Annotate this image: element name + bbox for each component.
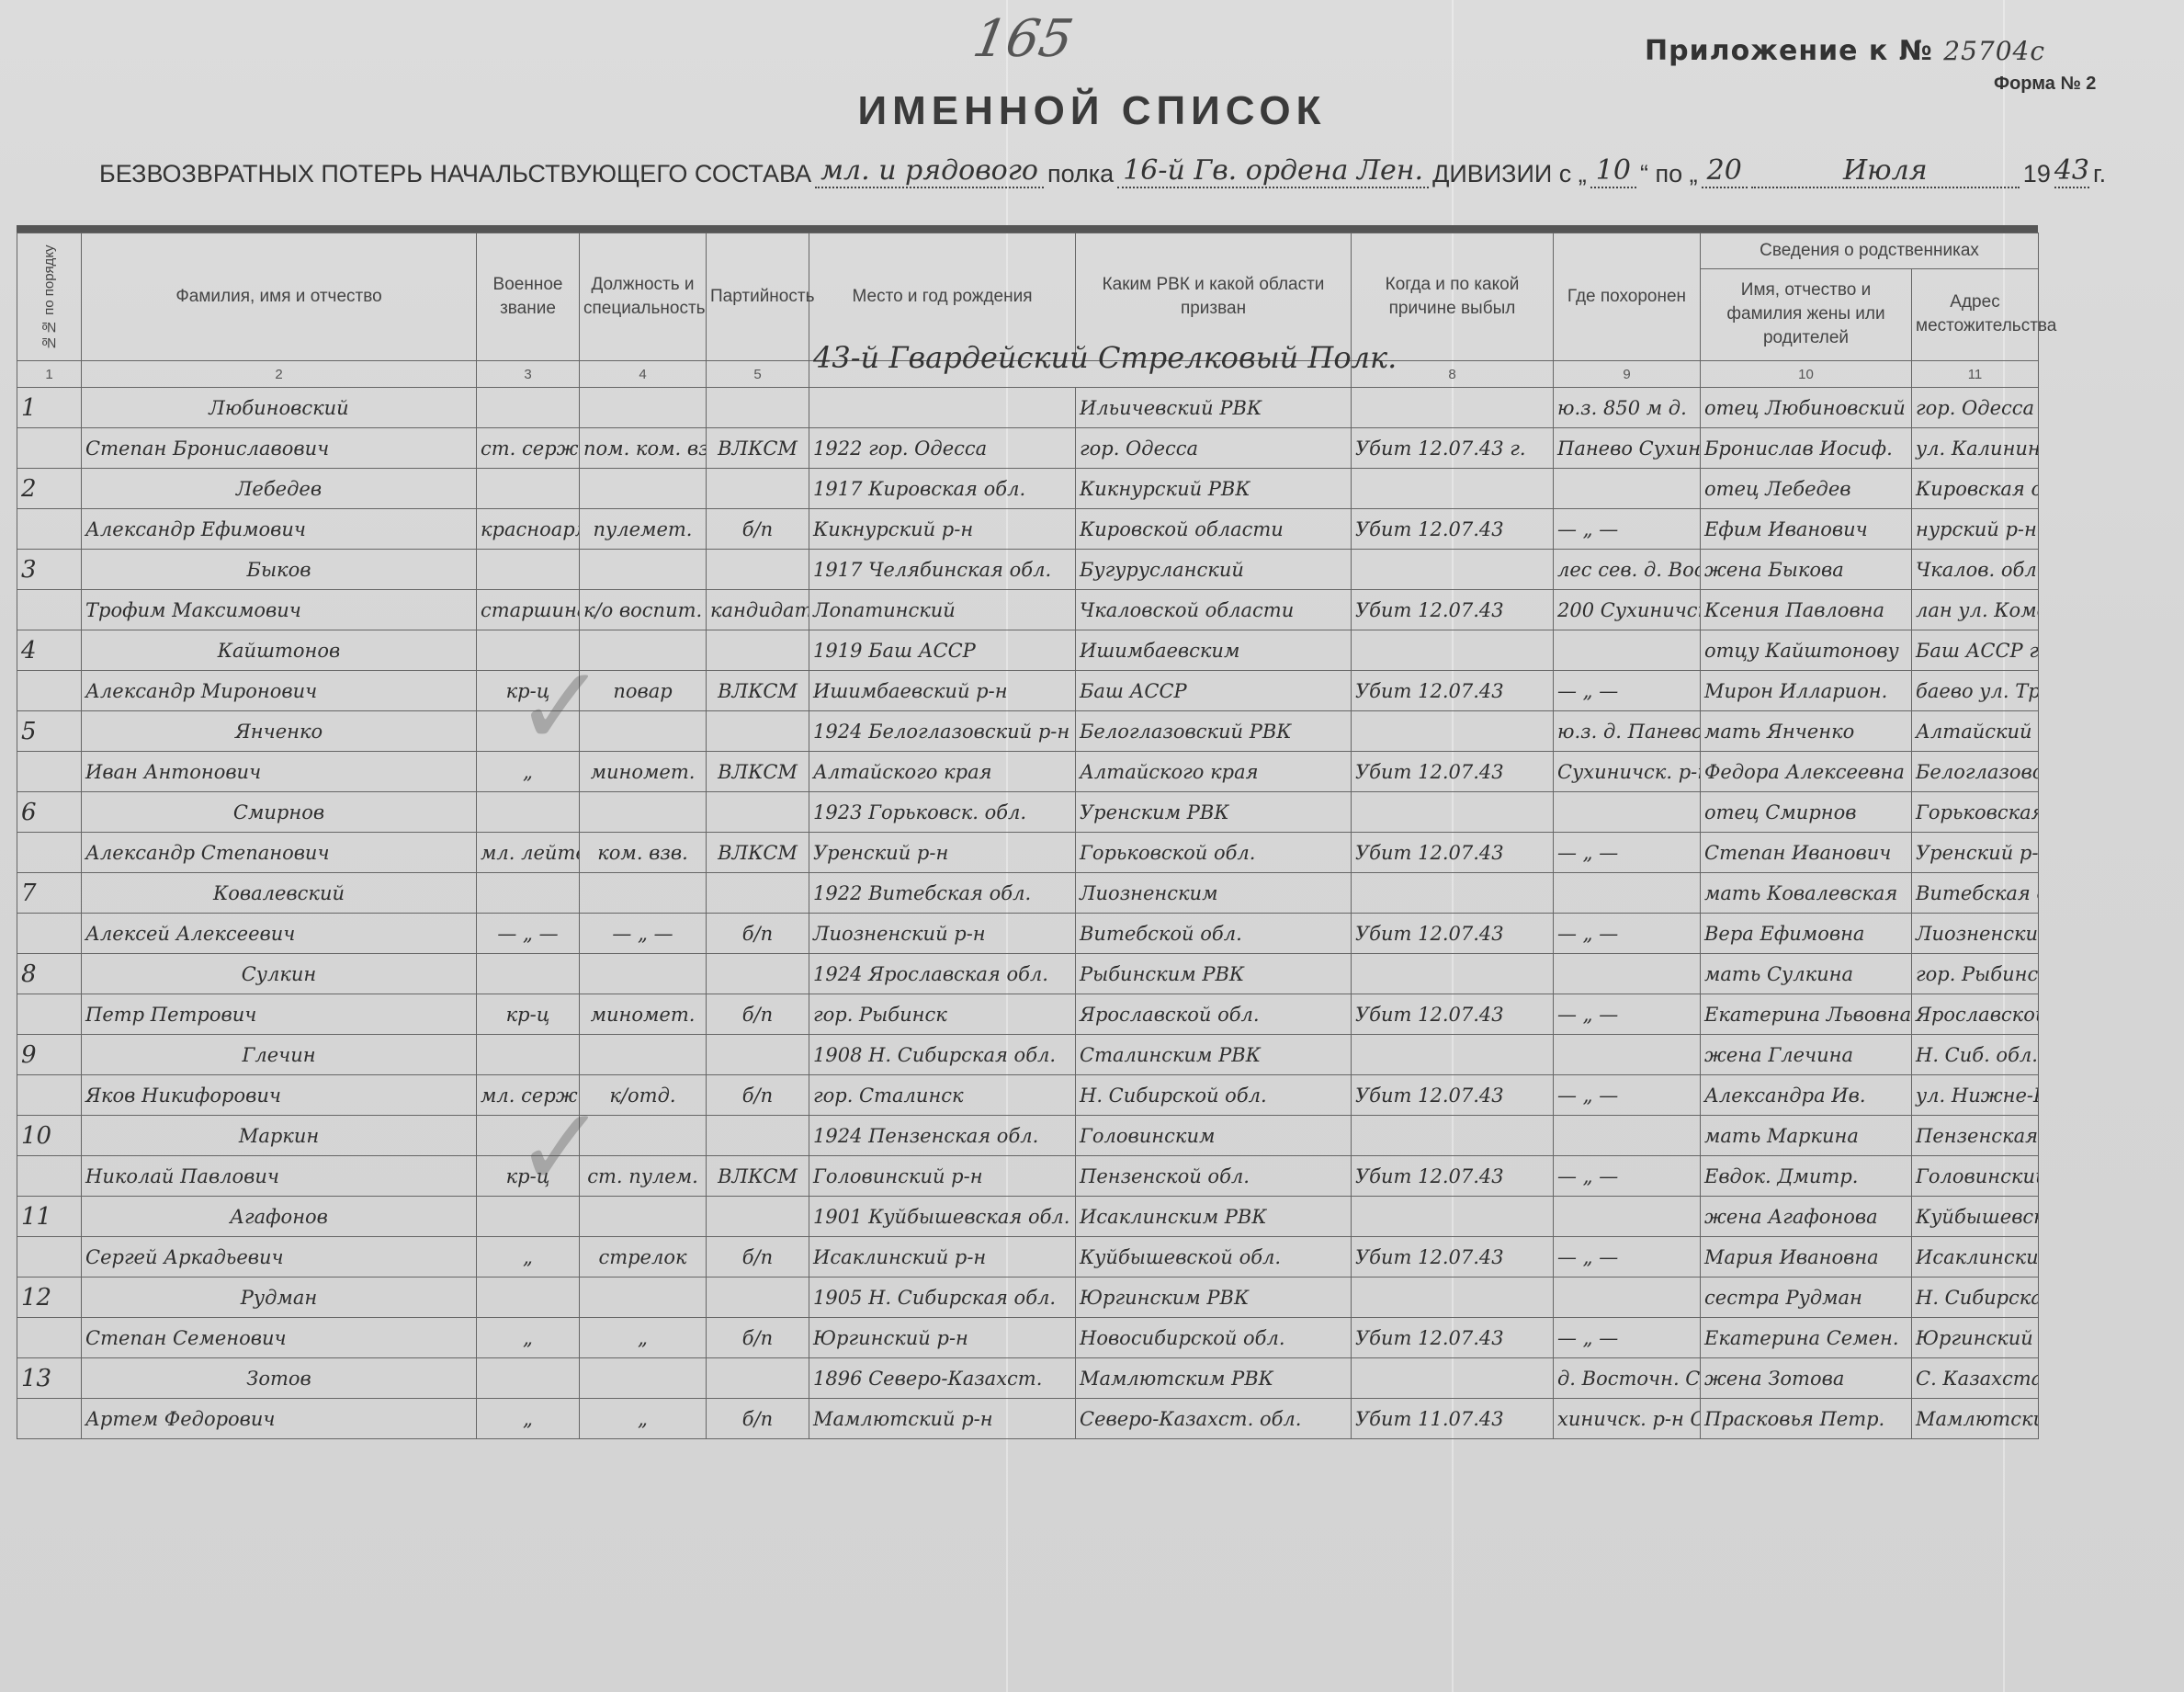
staff-category: мл. и рядового [815, 154, 1044, 188]
row-number-empty [17, 833, 82, 873]
header-row: №№ по порядку Фамилия, имя и отчество Во… [17, 233, 2039, 269]
rvk-region: Новосибирской обл. [1076, 1318, 1352, 1358]
relative-name: жена Зотова [1701, 1358, 1912, 1399]
address-detail: Ярославской обл. ул. Крестьянская № 11 [1912, 994, 2039, 1035]
date-and-cause: Убит 12.07.43 [1352, 1156, 1554, 1197]
col-header-relatives: Сведения о родственниках [1701, 233, 2039, 269]
when-empty [1352, 1116, 1554, 1156]
given-name-patronymic: Александр Миронович [82, 671, 477, 711]
when-empty [1352, 630, 1554, 671]
surname: Быков [82, 550, 477, 590]
party-empty [707, 954, 809, 994]
relative-name-detail: Екатерина Львовна [1701, 994, 1912, 1035]
row-number: 8 [17, 954, 82, 994]
address: Чкалов. обл. г. Бугурус- [1912, 550, 2039, 590]
date-and-cause: Убит 12.07.43 [1352, 994, 1554, 1035]
when-empty [1352, 1278, 1554, 1318]
birth-year-place: 1919 Баш АССР [809, 630, 1076, 671]
rvk-region: Чкаловской области [1076, 590, 1352, 630]
party-membership: ВЛКСМ [707, 671, 809, 711]
subtitle-prefix: БЕЗВОЗВРАТНЫХ ПОТЕРЬ НАЧАЛЬСТВУЮЩЕГО СОС… [99, 160, 811, 188]
rvk: Ишимбаевским [1076, 630, 1352, 671]
relative-name-detail: Евдок. Дмитр. [1701, 1156, 1912, 1197]
party-membership: б/п [707, 1237, 809, 1278]
document-page: 165 Приложение к № 25704с Форма № 2 ИМЕН… [0, 0, 2184, 1692]
row-number: 11 [17, 1197, 82, 1237]
table-row: Трофим Максимовичстаршинак/о воспит.канд… [17, 590, 2039, 630]
col-num: 2 [82, 361, 477, 388]
rvk-region: гор. Одесса [1076, 428, 1352, 469]
military-rank: кр-ц [477, 994, 580, 1035]
row-number-empty [17, 1318, 82, 1358]
table-row: 9Глечин1908 Н. Сибирская обл.Сталинским … [17, 1035, 2039, 1075]
col-num: 9 [1554, 361, 1701, 388]
row-number: 3 [17, 550, 82, 590]
party-empty [707, 1278, 809, 1318]
table-row: Александр Ефимовичкрасноарм.пулемет.б/пК… [17, 509, 2039, 550]
relative-name: сестра Рудман [1701, 1278, 1912, 1318]
relative-name-detail: Степан Иванович [1701, 833, 1912, 873]
address: Горьковская обл. [1912, 792, 2039, 833]
rvk: Бугурусланский [1076, 550, 1352, 590]
row-number: 9 [17, 1035, 82, 1075]
appendix-stamp: Приложение к № 25704с [1645, 35, 2045, 67]
row-number: 6 [17, 792, 82, 833]
burial-place-detail: — „ — [1554, 833, 1701, 873]
table-row: Алексей Алексеевич— „ —— „ —б/пЛиозненск… [17, 914, 2039, 954]
date-and-cause: Убит 12.07.43 [1352, 1318, 1554, 1358]
address-detail: баево ул. Трудовая № 4 [1912, 671, 2039, 711]
party-membership: б/п [707, 1075, 809, 1116]
position: ком. взв. [580, 833, 707, 873]
row-number: 7 [17, 873, 82, 914]
given-name-patronymic: Алексей Алексеевич [82, 914, 477, 954]
date-and-cause: Убит 12.07.43 [1352, 509, 1554, 550]
relative-name: жена Агафонова [1701, 1197, 1912, 1237]
military-rank: красноарм. [477, 509, 580, 550]
rank-empty [477, 1278, 580, 1318]
burial-place-detail: — „ — [1554, 914, 1701, 954]
col-header-address: Адрес местожительства [1912, 268, 2039, 360]
col-num: 3 [477, 361, 580, 388]
birth-year-place: 1917 Челябинская обл. [809, 550, 1076, 590]
address-detail: нурский р-н Усачев. с/с д. Оленино [1912, 509, 2039, 550]
birth-place: гор. Рыбинск [809, 994, 1076, 1035]
rvk: Уренским РВК [1076, 792, 1352, 833]
rvk: Сталинским РВК [1076, 1035, 1352, 1075]
row-number-empty [17, 752, 82, 792]
rvk-region: Пензенской обл. [1076, 1156, 1352, 1197]
relative-name-detail: Вера Ефимовна [1701, 914, 1912, 954]
position-empty [580, 1358, 707, 1399]
rvk-region: Н. Сибирской обл. [1076, 1075, 1352, 1116]
surname: Сулкин [82, 954, 477, 994]
losses-table: №№ по порядку Фамилия, имя и отчество Во… [17, 233, 2038, 1439]
party-membership: б/п [707, 994, 809, 1035]
row-number-empty [17, 1156, 82, 1197]
col-header-party: Партийность [707, 233, 809, 361]
when-empty [1352, 873, 1554, 914]
surname: Зотов [82, 1358, 477, 1399]
relative-name: жена Быкова [1701, 550, 1912, 590]
birth-year-place: 1924 Белоглазовский р-н [809, 711, 1076, 752]
rvk-region: Северо-Казахст. обл. [1076, 1399, 1352, 1439]
date-and-cause: Убит 12.07.43 [1352, 914, 1554, 954]
date-and-cause: Убит 12.07.43 [1352, 1237, 1554, 1278]
row-number: 12 [17, 1278, 82, 1318]
table-row: Александр Мироновичкр-цповарВЛКСМИшимбае… [17, 671, 2039, 711]
col-header-rank: Военное звание [477, 233, 580, 361]
row-number-empty [17, 671, 82, 711]
row-number: 5 [17, 711, 82, 752]
relative-name: мать Сулкина [1701, 954, 1912, 994]
row-number-empty [17, 590, 82, 630]
address: гор. Рыбинск [1912, 954, 2039, 994]
position-empty [580, 469, 707, 509]
relative-name-detail: Мария Ивановна [1701, 1237, 1912, 1278]
subtitle-po: “ по „ [1640, 160, 1698, 188]
burial-place [1554, 630, 1701, 671]
relative-name: отцу Кайштонову [1701, 630, 1912, 671]
party-empty [707, 873, 809, 914]
military-rank: „ [477, 1237, 580, 1278]
address-detail: Головинский р-н д. Ивановка [1912, 1156, 2039, 1197]
party-membership: ВЛКСМ [707, 752, 809, 792]
table-row: Степан Брониславовичст. серж.пом. ком. в… [17, 428, 2039, 469]
when-empty [1352, 711, 1554, 752]
position-empty [580, 873, 707, 914]
rank-empty [477, 1358, 580, 1399]
table-row: 11Агафонов1901 Куйбышевская обл.Исаклинс… [17, 1197, 2039, 1237]
year-suffix: 43 [2054, 154, 2089, 188]
relative-name-detail: Ефим Иванович [1701, 509, 1912, 550]
address-detail: лан ул. Комсомольская № 66 [1912, 590, 2039, 630]
birth-year-place: 1922 Витебская обл. [809, 873, 1076, 914]
row-number-empty [17, 1075, 82, 1116]
date-and-cause: Убит 11.07.43 [1352, 1399, 1554, 1439]
birth-place: 1922 гор. Одесса [809, 428, 1076, 469]
address: Н. Сибирская обл. [1912, 1278, 2039, 1318]
table-row: Артем Федорович„„б/пМамлютский р-нСеверо… [17, 1399, 2039, 1439]
relative-name: мать Ковалевская [1701, 873, 1912, 914]
given-name-patronymic: Петр Петрович [82, 994, 477, 1035]
rvk: Рыбинским РВК [1076, 954, 1352, 994]
subtitle-division: ДИВИЗИИ с „ [1432, 160, 1587, 188]
birth-year-place [809, 388, 1076, 428]
surname: Ковалевский [82, 873, 477, 914]
relative-name-detail: Мирон Илларион. [1701, 671, 1912, 711]
rank-empty [477, 469, 580, 509]
birth-place: Исаклинский р-н [809, 1237, 1076, 1278]
date-and-cause: Убит 12.07.43 г. [1352, 428, 1554, 469]
birth-year-place: 1908 Н. Сибирская обл. [809, 1035, 1076, 1075]
row-number-empty [17, 994, 82, 1035]
address-detail: Юргинский р-н д. Милютино [1912, 1318, 2039, 1358]
rank-empty [477, 792, 580, 833]
table-row: 10Маркин1924 Пензенская обл.Головинскимм… [17, 1116, 2039, 1156]
table-row: 8Сулкин1924 Ярославская обл.Рыбинским РВ… [17, 954, 2039, 994]
party-empty [707, 1197, 809, 1237]
burial-place [1554, 792, 1701, 833]
military-rank: „ [477, 1318, 580, 1358]
burial-place-detail: — „ — [1554, 994, 1701, 1035]
burial-place-detail: — „ — [1554, 671, 1701, 711]
row-number-empty [17, 1237, 82, 1278]
position: миномет. [580, 994, 707, 1035]
burial-place-detail: 200 Сухиничск. Смоленск. обл. [1554, 590, 1701, 630]
rvk-region: Куйбышевской обл. [1076, 1237, 1352, 1278]
address: Кировская обл. Кик- [1912, 469, 2039, 509]
address: Алтайский край [1912, 711, 2039, 752]
party-empty [707, 711, 809, 752]
burial-place [1554, 954, 1701, 994]
birth-place: Алтайского края [809, 752, 1076, 792]
date-and-cause: Убит 12.07.43 [1352, 590, 1554, 630]
birth-place: гор. Сталинск [809, 1075, 1076, 1116]
address: гор. Одесса [1912, 388, 2039, 428]
party-membership: ВЛКСМ [707, 833, 809, 873]
burial-place-detail: — „ — [1554, 1318, 1701, 1358]
burial-place: ю.з. 850 м д. [1554, 388, 1701, 428]
military-rank: „ [477, 1399, 580, 1439]
col-num: 11 [1912, 361, 2039, 388]
position-empty [580, 388, 707, 428]
col-header-position: Должность и специальность [580, 233, 707, 361]
party-membership: ВЛКСМ [707, 428, 809, 469]
date-and-cause: Убит 12.07.43 [1352, 752, 1554, 792]
position-empty [580, 792, 707, 833]
birth-place: Уренский р-н [809, 833, 1076, 873]
burial-place [1554, 1278, 1701, 1318]
position: „ [580, 1399, 707, 1439]
rvk-region: Горьковской обл. [1076, 833, 1352, 873]
birth-place: Лиозненский р-н [809, 914, 1076, 954]
rvk-region: Баш АССР [1076, 671, 1352, 711]
burial-place-detail: — „ — [1554, 1237, 1701, 1278]
relative-name-detail: Бронислав Иосиф. [1701, 428, 1912, 469]
position: стрелок [580, 1237, 707, 1278]
party-membership: б/п [707, 1399, 809, 1439]
burial-place-detail: — „ — [1554, 509, 1701, 550]
when-empty [1352, 1035, 1554, 1075]
party-empty [707, 388, 809, 428]
rvk: Лиозненским [1076, 873, 1352, 914]
given-name-patronymic: Николай Павлович [82, 1156, 477, 1197]
rank-empty [477, 954, 580, 994]
surname: Кайштонов [82, 630, 477, 671]
party-membership: б/п [707, 914, 809, 954]
row-number: 1 [17, 388, 82, 428]
burial-place-detail: хиничск. р-н Смолен. обл. [1554, 1399, 1701, 1439]
military-rank: мл. лейтен. [477, 833, 580, 873]
surname: Глечин [82, 1035, 477, 1075]
table-row: 12Рудман1905 Н. Сибирская обл.Юргинским … [17, 1278, 2039, 1318]
position: пом. ком. вз. [580, 428, 707, 469]
table-row: Сергей Аркадьевич„стрелокб/пИсаклинский … [17, 1237, 2039, 1278]
rvk: Кикнурский РВК [1076, 469, 1352, 509]
rvk-region: Алтайского края [1076, 752, 1352, 792]
when-empty [1352, 1197, 1554, 1237]
given-name-patronymic: Александр Степанович [82, 833, 477, 873]
given-name-patronymic: Сергей Аркадьевич [82, 1237, 477, 1278]
party-empty [707, 1035, 809, 1075]
party-membership: кандидат ВКП(б) [707, 590, 809, 630]
burial-place-detail: — „ — [1554, 1075, 1701, 1116]
rvk: Юргинским РВК [1076, 1278, 1352, 1318]
position-empty [580, 1035, 707, 1075]
party-empty [707, 1358, 809, 1399]
relative-name: мать Маркина [1701, 1116, 1912, 1156]
col-header-relative-name: Имя, отчество и фамилия жены или родител… [1701, 268, 1912, 360]
checkmark-icon: ✓ [515, 643, 607, 771]
handwritten-page-number: 165 [968, 9, 1077, 69]
party-empty [707, 550, 809, 590]
burial-place [1554, 1197, 1701, 1237]
col-header-buried: Где похоронен [1554, 233, 1701, 361]
birth-year-place: 1923 Горьковск. обл. [809, 792, 1076, 833]
burial-place-detail: Сухиничск. р-н Смоленск. обл. [1554, 752, 1701, 792]
table-row: Иван Антонович„миномет.ВЛКСМАлтайского к… [17, 752, 2039, 792]
address-detail: ул. Калинина 24 [1912, 428, 2039, 469]
birth-place: Юргинский р-н [809, 1318, 1076, 1358]
rvk: Белоглазовский РВК [1076, 711, 1352, 752]
table-row: 5Янченко1924 Белоглазовский р-нБелоглазо… [17, 711, 2039, 752]
rank-empty [477, 388, 580, 428]
relative-name-detail: Ксения Павловна [1701, 590, 1912, 630]
birth-place: Кикнурский р-н [809, 509, 1076, 550]
given-name-patronymic: Иван Антонович [82, 752, 477, 792]
burial-place: лес сев. д. Вост. [1554, 550, 1701, 590]
checkmark-icon: ✓ [515, 1084, 607, 1212]
address: Баш АССР г. Ишим- [1912, 630, 2039, 671]
document-subtitle: БЕЗВОЗВРАТНЫХ ПОТЕРЬ НАЧАЛЬСТВУЮЩЕГО СОС… [99, 154, 2106, 188]
regiment-note: 43-й Гвардейский Стрелковый Полк. [813, 340, 1397, 375]
col-header-name: Фамилия, имя и отчество [82, 233, 477, 361]
table-row: Николай Павловичкр-цст. пулем.ВЛКСМГолов… [17, 1156, 2039, 1197]
birth-year-place: 1905 Н. Сибирская обл. [809, 1278, 1076, 1318]
row-number: 10 [17, 1116, 82, 1156]
address-detail: Мамлютский р-н дер. Калужино [1912, 1399, 2039, 1439]
table-row: 1ЛюбиновскийИльичевский РВКю.з. 850 м д.… [17, 388, 2039, 428]
rvk: Исаклинским РВК [1076, 1197, 1352, 1237]
date-and-cause: Убит 12.07.43 [1352, 833, 1554, 873]
relative-name-detail: Екатерина Семен. [1701, 1318, 1912, 1358]
birth-place: Головинский р-н [809, 1156, 1076, 1197]
when-empty [1352, 469, 1554, 509]
address-detail: Белоглазовский р-н с. Кузнечихино [1912, 752, 2039, 792]
burial-place [1554, 873, 1701, 914]
row-number-empty [17, 428, 82, 469]
table-row: Александр Степановичмл. лейтен.ком. взв.… [17, 833, 2039, 873]
given-name-patronymic: Артем Федорович [82, 1399, 477, 1439]
burial-place: ю.з. д. Панево 850 м [1554, 711, 1701, 752]
party-membership: б/п [707, 509, 809, 550]
birth-place: Мамлютский р-н [809, 1399, 1076, 1439]
position: — „ — [580, 914, 707, 954]
table-row: 13Зотов1896 Северо-Казахст.Мамлютским РВ… [17, 1358, 2039, 1399]
relative-name: жена Глечина [1701, 1035, 1912, 1075]
party-empty [707, 792, 809, 833]
given-name-patronymic: Яков Никифорович [82, 1075, 477, 1116]
party-empty [707, 1116, 809, 1156]
col-num: 1 [17, 361, 82, 388]
rvk-region: Ярославской обл. [1076, 994, 1352, 1035]
relative-name-detail: Федора Алексеевна [1701, 752, 1912, 792]
surname: Смирнов [82, 792, 477, 833]
given-name-patronymic: Степан Семенович [82, 1318, 477, 1358]
rank-empty [477, 550, 580, 590]
date-and-cause: Убит 12.07.43 [1352, 671, 1554, 711]
when-empty [1352, 792, 1554, 833]
relative-name: отец Любиновский [1701, 388, 1912, 428]
row-number-empty [17, 1399, 82, 1439]
when-empty [1352, 954, 1554, 994]
document-title: ИМЕННОЙ СПИСОК [0, 88, 2184, 134]
appendix-number: 25704с [1943, 36, 2045, 66]
subtitle-polka: полка [1047, 160, 1114, 188]
position: к/о воспит. [580, 590, 707, 630]
address: Витебская обл. [1912, 873, 2039, 914]
birth-year-place: 1896 Северо-Казахст. [809, 1358, 1076, 1399]
rvk-region: Кировской области [1076, 509, 1352, 550]
birth-year-place: 1901 Куйбышевская обл. [809, 1197, 1076, 1237]
party-membership: ВЛКСМ [707, 1156, 809, 1197]
burial-place-detail: Панево Сухиничск. р-н Смол. [1554, 428, 1701, 469]
col-num: 5 [707, 361, 809, 388]
table-row: Яков Никифоровичмл. серж.к/отд.б/пгор. С… [17, 1075, 2039, 1116]
relative-name: отец Лебедев [1701, 469, 1912, 509]
rank-empty [477, 873, 580, 914]
burial-place [1554, 1116, 1701, 1156]
appendix-label: Приложение к № [1645, 35, 1933, 67]
position-empty [580, 1278, 707, 1318]
relative-name-detail: Прасковья Петр. [1701, 1399, 1912, 1439]
surname: Рудман [82, 1278, 477, 1318]
relative-name: мать Янченко [1701, 711, 1912, 752]
relative-name-detail: Александра Ив. [1701, 1075, 1912, 1116]
table-row: 4Кайштонов1919 Баш АССРИшимбаевскимотцу … [17, 630, 2039, 671]
address-detail: Уренский р-н ст. Обход М. Л. П. [1912, 833, 2039, 873]
row-number-empty [17, 914, 82, 954]
when-empty [1352, 550, 1554, 590]
date-from: 10 [1590, 154, 1636, 188]
party-empty [707, 630, 809, 671]
military-rank: — „ — [477, 914, 580, 954]
military-rank: ст. серж. [477, 428, 580, 469]
address: Куйбышевская обл. [1912, 1197, 2039, 1237]
table-row: Петр Петровичкр-цминомет.б/пгор. Рыбинск… [17, 994, 2039, 1035]
burial-place-detail: — „ — [1554, 1156, 1701, 1197]
table-row: 2Лебедев1917 Кировская обл.Кикнурский РВ… [17, 469, 2039, 509]
rvk: Головинским [1076, 1116, 1352, 1156]
rank-empty [477, 1035, 580, 1075]
relative-name: отец Смирнов [1701, 792, 1912, 833]
address-detail: ул. Нижне-Колонная № 1 Гор. барак 13 [1912, 1075, 2039, 1116]
birth-place: Ишимбаевский р-н [809, 671, 1076, 711]
party-membership: б/п [707, 1318, 809, 1358]
position-empty [580, 550, 707, 590]
birth-year-place: 1917 Кировская обл. [809, 469, 1076, 509]
given-name-patronymic: Степан Брониславович [82, 428, 477, 469]
date-and-cause: Убит 12.07.43 [1352, 1075, 1554, 1116]
surname: Любиновский [82, 388, 477, 428]
military-rank: старшина [477, 590, 580, 630]
table-row: Степан Семенович„„б/пЮргинский р-нНовоси… [17, 1318, 2039, 1358]
position: „ [580, 1318, 707, 1358]
header-rule [17, 225, 2038, 233]
burial-place [1554, 469, 1701, 509]
birth-place: Лопатинский [809, 590, 1076, 630]
